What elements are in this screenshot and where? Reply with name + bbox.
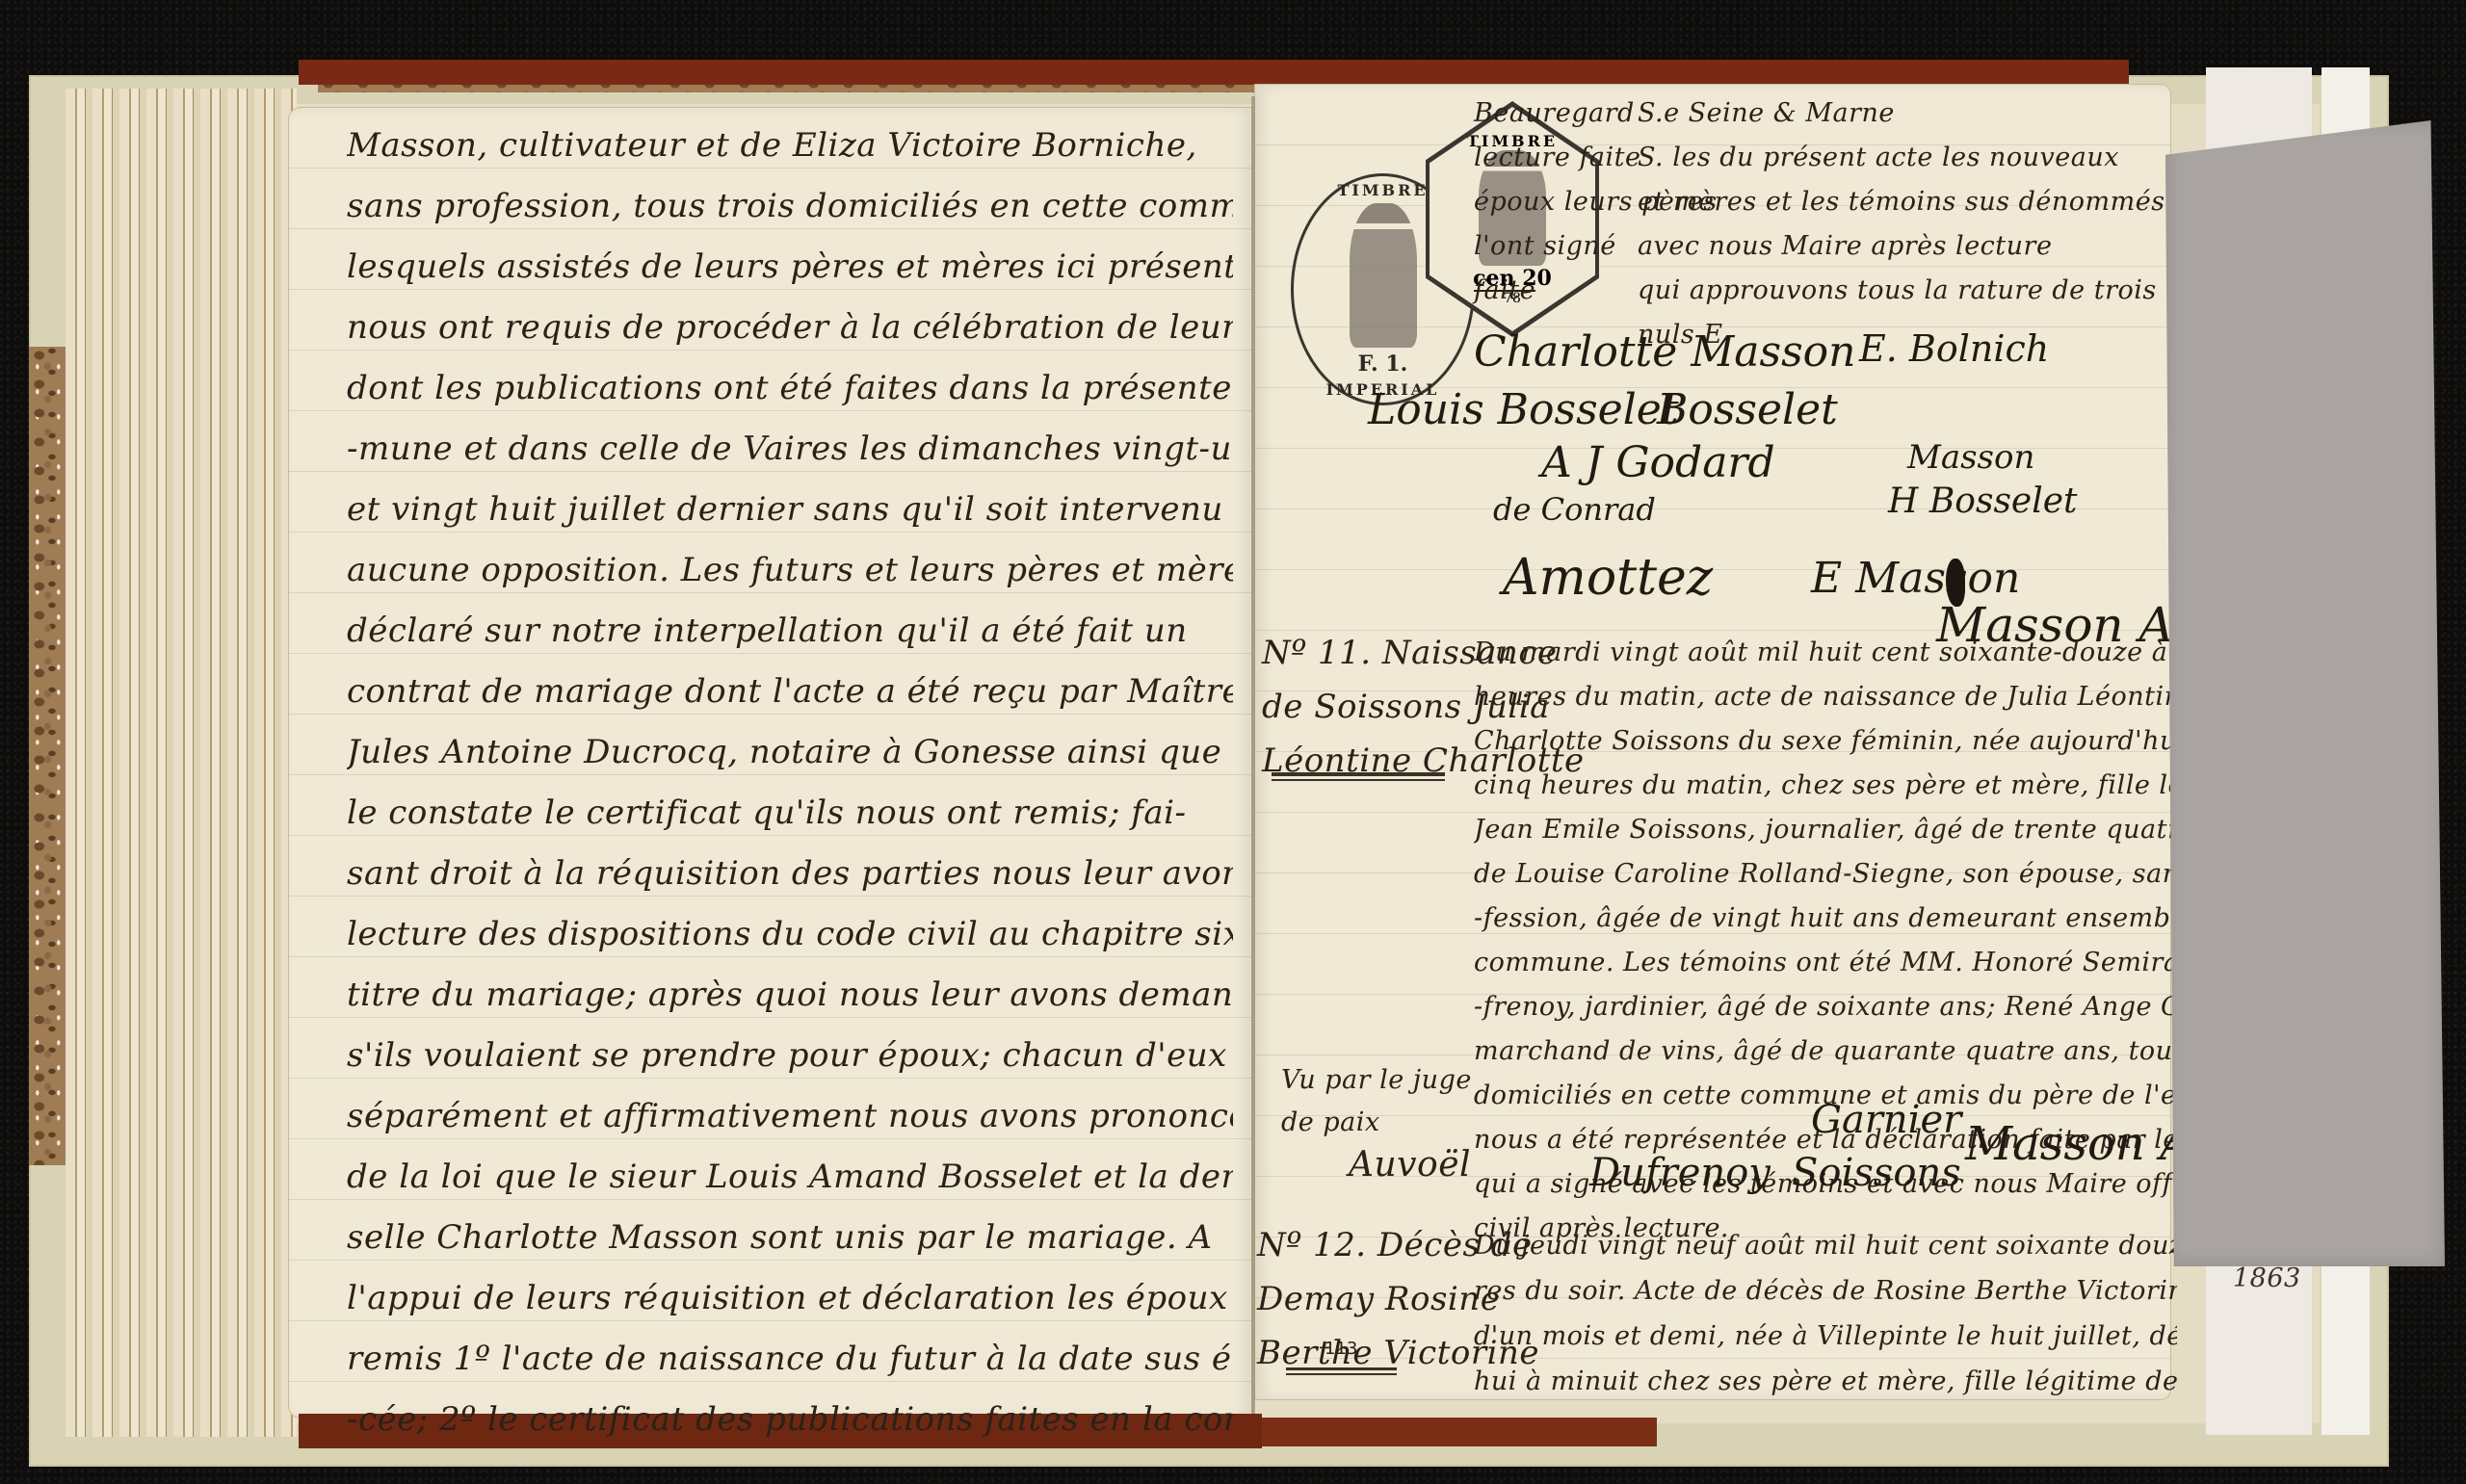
text-line: Masson, cultivateur et de Eliza Victoire… (347, 116, 1233, 176)
text-line: titre du mariage; après quoi nous leur a… (347, 965, 1233, 1026)
text-line: aucune opposition. Les futurs et leurs p… (347, 540, 1233, 601)
text-line: cinq heures du matin, chez ses père et m… (1474, 764, 2177, 808)
text-line: heures du matin, acte de naissance de Ju… (1474, 675, 2177, 719)
text-line: avec nous Maire après lecture (1638, 224, 2177, 269)
page-edges-stack (66, 89, 297, 1437)
edge-note: 1863 (2233, 1257, 2301, 1301)
signature: E Masson (1811, 554, 2020, 603)
text-line: et vingt huit juillet dernier sans qu'il… (347, 480, 1233, 540)
text-line: lecture des dispositions du code civil a… (347, 904, 1233, 965)
text-line: séparément et affirmativement nous avons… (347, 1086, 1233, 1147)
margin-line: Vu par le juge (1281, 1059, 1472, 1102)
double-rule (1272, 772, 1445, 781)
signature: Charlotte Masson (1474, 327, 1856, 377)
stamp-value: F. 1. (1358, 351, 1408, 377)
page-gutter (1251, 96, 1255, 1416)
margin-line: de paix (1281, 1102, 1472, 1144)
entry-12-text: Du jeudi vingt neuf août mil huit cent s… (1474, 1223, 2177, 1404)
text-line: -frenoy, jardinier, âgé de soixante ans;… (1474, 985, 2177, 1029)
signature: Auvoël (1349, 1144, 1472, 1186)
text-line: remis 1º l'acte de naissance du futur à … (347, 1329, 1233, 1390)
signature: Bosselet (1657, 385, 1838, 434)
text-line: S.e Seine & Marne (1638, 91, 2177, 136)
text-line: Jean Emile Soissons, journalier, âgé de … (1474, 808, 2177, 852)
text-line: -fession, âgée de vingt huit ans demeura… (1474, 897, 2177, 941)
text-line: contrat de mariage dont l'acte a été reç… (347, 662, 1233, 722)
signature: Dufrenoy (1589, 1151, 1771, 1195)
text-line: s'ils voulaient se prendre pour époux; c… (347, 1026, 1233, 1086)
signature: Garnier (1811, 1098, 1961, 1142)
text-line: sant droit à la réquisition des parties … (347, 844, 1233, 904)
spine-binding-top (299, 60, 2129, 85)
signature: Amottez (1503, 549, 1713, 607)
text-line: marchand de vins, âgé de quarante quatre… (1474, 1029, 2177, 1074)
text-line: sans profession, tous trois domiciliés e… (347, 176, 1233, 237)
right-page-closing-text: S.e Seine & Marne S. les du présent acte… (1638, 91, 2177, 357)
double-rule (1286, 1367, 1397, 1375)
signature: E. Bolnich (1859, 327, 2049, 370)
signature: Masson A (1965, 1117, 2193, 1171)
text-line: Du jeudi vingt neuf août mil huit cent s… (1474, 1223, 2177, 1268)
text-line: Jules Antoine Ducrocq, notaire à Gonesse… (347, 722, 1233, 783)
page-number: 113 (1325, 1339, 1357, 1359)
marbled-binding-left (29, 347, 67, 1165)
text-line: de la loi que le sieur Louis Amand Bosse… (347, 1147, 1233, 1208)
text-line: l'appui de leurs réquisition et déclarat… (347, 1268, 1233, 1329)
text-line: et mères et les témoins sus dénommés (1638, 180, 2177, 224)
text-line: hui à minuit chez ses père et mère, fill… (1474, 1359, 2177, 1404)
text-line: res du soir. Acte de décès de Rosine Ber… (1474, 1268, 2177, 1314)
text-line: commune. Les témoins ont été MM. Honoré … (1474, 941, 2177, 985)
signature: A J Godard (1541, 438, 1775, 487)
grey-paper-slip (2165, 120, 2445, 1266)
text-line: d'un mois et demi, née à Villepinte le h… (1474, 1314, 2177, 1359)
signature: H Bosselet (1888, 482, 2078, 521)
text-line: déclaré sur notre interpellation qu'il a… (347, 601, 1233, 662)
text-line: Charlotte Soissons du sexe féminin, née … (1474, 719, 2177, 764)
text-line: de Louise Caroline Rolland-Siegne, son é… (1474, 852, 2177, 897)
signature: de Conrad (1493, 491, 1656, 528)
text-line: lesquels assistés de leurs pères et mère… (347, 237, 1233, 298)
entry-11-visa-note: Vu par le juge de paix Auvoël (1281, 1059, 1472, 1186)
text-line: Du mardi vingt août mil huit cent soixan… (1474, 631, 2177, 675)
signature: Louis Bosselet (1368, 385, 1679, 434)
left-page-text: Masson, cultivateur et de Eliza Victoire… (347, 116, 1233, 1450)
text-line: S. les du présent acte les nouveaux (1638, 136, 2177, 180)
text-line: dont les publications ont été faites dan… (347, 358, 1233, 419)
text-line: nous ont requis de procéder à la célébra… (347, 298, 1233, 358)
text-line: qui approuvons tous la rature de trois m… (1638, 269, 2177, 313)
signature: Masson (1907, 438, 2034, 477)
spine-binding-bottom-2 (1262, 1418, 1657, 1446)
text-line: le constate le certificat qu'ils nous on… (347, 783, 1233, 844)
signature: Soissons (1792, 1151, 1961, 1195)
text-line: -cée; 2º le certificat des publications … (347, 1390, 1233, 1450)
text-line: selle Charlotte Masson sont unis par le … (347, 1208, 1233, 1268)
text-line: -mune et dans celle de Vaires les dimanc… (347, 419, 1233, 480)
